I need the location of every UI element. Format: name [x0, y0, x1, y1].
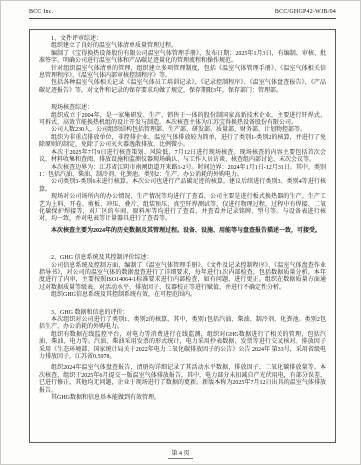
page-footer: 第 4 页 [1, 442, 360, 460]
paragraph: 包括各种温室气体相关记录《温室气体员工培训记录》、《记录控制程序》、《温室气体盘… [39, 80, 326, 95]
paragraph: 其GHG数据和信息基本能做到有效管理。 [39, 395, 326, 402]
paragraph: 本次组织对公司进行了类别1、类别2的核算，其中，类别1包括汽油、柴油、制冷剂、化… [39, 317, 326, 332]
paragraph: 本次核查边界为：江苏省江阴市南闸街道开来路1-2号。时间边界：2024年1月1日… [39, 165, 326, 180]
document-page: BCC Inc. BCC/GHGP42-WJB/04 1、文件评审综述： 组织建… [0, 0, 361, 465]
paragraph: 组织建立了良好的温室气体清单质量管理过程。 [39, 43, 326, 50]
paragraph: 本次于2025年7月9日进行核查策划、风险低，7月12日进行现场核查。现场核查的… [39, 150, 326, 165]
paragraph: 针对组织温室气体清单的管理，组织建立多项管理制度，包括《温室气体管理手册》、《温… [39, 66, 326, 81]
paragraph: 组织2024年温室气体盘查报告，清册均详细记录了其活动水平数据、排放因子、二氧化… [39, 365, 326, 395]
header-company: BCC Inc. [29, 9, 53, 15]
paragraph: 组织为非重点排放单位，非控排企业，温室气体排放较为简单，进行了类别1-类别2的核… [39, 135, 326, 150]
site-review-title: 现场核查综述： [39, 105, 326, 112]
report-body: 1、文件评审综述： 组织建立了良好的温室气体清单质量管理过程。 编制了《宝得换热… [29, 29, 336, 443]
paragraph: 编制了《宝得换热设备股份有限公司温室气体管理手册》，发布日期：2025年1月3日… [39, 51, 326, 66]
paragraph: 组织GHG信息系统及其控制系统有效，在可控范围内。 [39, 292, 326, 299]
paragraph: 组织有数据在线监控平台，对电力等消费进行在线监测，组织对GHG数据进行了相关的管… [39, 332, 326, 362]
paragraph: 现场对公司场所内的办公情况、生产情况等均进行了查看，公司主要是进行板式换热器的生… [39, 194, 326, 224]
paragraph: 组织成立于2004年，是一家集研发、生产、销售于一体的股份制国家高新技术企业，主… [39, 113, 326, 128]
page-header: BCC Inc. BCC/GHGP42-WJB/04 [29, 9, 336, 19]
paragraph: 本次核查主要为2024年的历史数据及其管理过程。设备、设施、用能等与盘查报告描述… [39, 228, 326, 235]
section-2-title: 2、GHG 信息系统及其控制评价综述： [39, 255, 326, 262]
paragraph: 公司信息系统及控制方面，编制了《温室气体管理手册》、《文件及记录控制程序》、《温… [39, 263, 326, 293]
paragraph: 公司类别3-类别6未进行核算。本次公司也进行产品碳足迹的核算。建议后续进行类别3… [39, 179, 326, 194]
page-number: 第 4 页 [168, 448, 192, 459]
header-doc-number: BCC/GHGP42-WJB/04 [275, 9, 336, 15]
paragraph: 公司人数230人，公司组织结构包括管理部、生产部、研发部、质量部、财务部、计划物… [39, 127, 326, 134]
section-3-title: 3、GHG 数据和信息的评价： [39, 310, 326, 317]
